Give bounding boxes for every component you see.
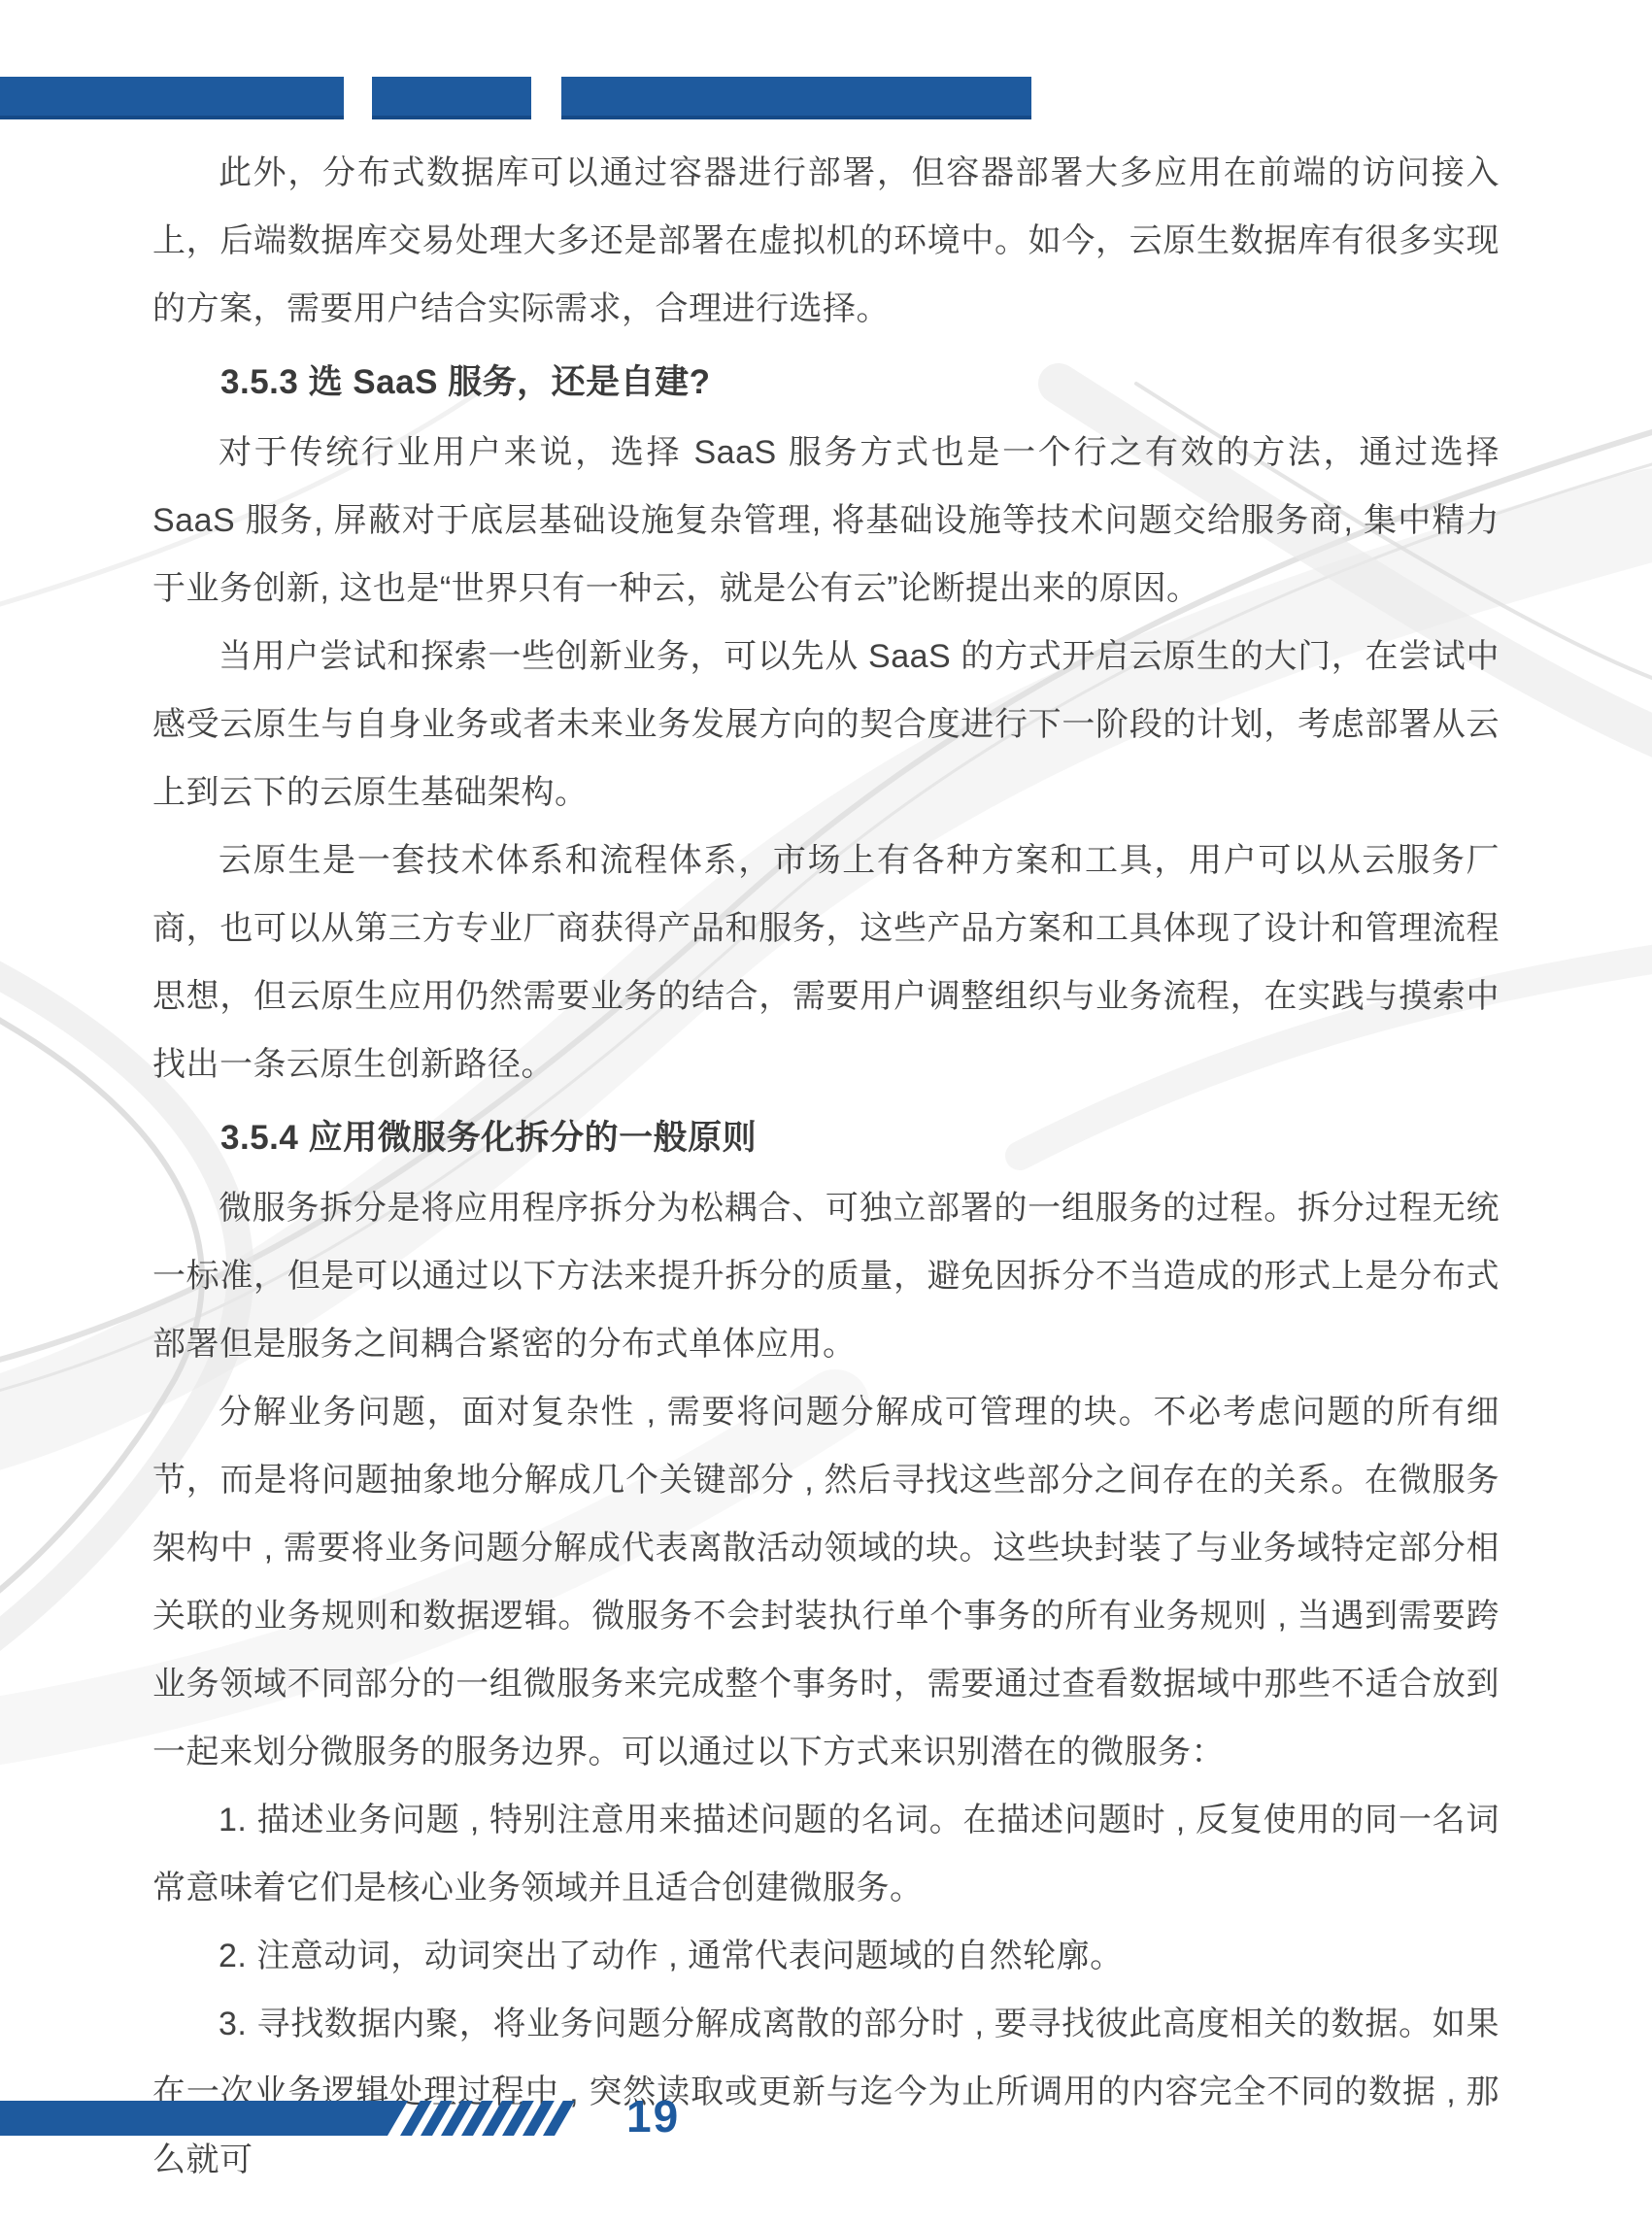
paragraph: 2. 注意动词，动词突出了动作 , 通常代表问题域的自然轮廓。: [152, 1922, 1500, 1990]
paragraph: 此外，分布式数据库可以通过容器进行部署，但容器部署大多应用在前端的访问接入上，后…: [152, 139, 1500, 343]
page-number: 19: [626, 2094, 680, 2139]
paragraph: 对于传统行业用户来说，选择 SaaS 服务方式也是一个行之有效的方法，通过选择 …: [152, 419, 1500, 623]
header-bar-decoration: [0, 77, 344, 119]
document-page: 此外，分布式数据库可以通过容器进行部署，但容器部署大多应用在前端的访问接入上，后…: [0, 0, 1652, 2226]
paragraph: 1. 描述业务问题 , 特别注意用来描述问题的名词。在描述问题时 , 反复使用的…: [152, 1786, 1500, 1922]
page-body: 此外，分布式数据库可以通过容器进行部署，但容器部署大多应用在前端的访问接入上，后…: [152, 139, 1500, 2194]
header-bar-decoration: [561, 77, 1031, 119]
paragraph: 3. 寻找数据内聚，将业务问题分解成离散的部分时 , 要寻找彼此高度相关的数据。…: [152, 1990, 1500, 2194]
section-heading: 3.5.3 选 SaaS 服务，还是自建?: [152, 349, 1500, 417]
paragraph: 当用户尝试和探索一些创新业务，可以先从 SaaS 的方式开启云原生的大门，在尝试…: [152, 623, 1500, 826]
paragraph: 分解业务问题，面对复杂性 , 需要将问题分解成可管理的块。不必考虑问题的所有细节…: [152, 1378, 1500, 1786]
paragraph: 微服务拆分是将应用程序拆分为松耦合、可独立部署的一组服务的过程。拆分过程无统一标…: [152, 1174, 1500, 1378]
footer-stripes-decoration: [400, 2101, 563, 2136]
paragraph: 云原生是一套技术体系和流程体系，市场上有各种方案和工具，用户可以从云服务厂商，也…: [152, 826, 1500, 1098]
header-bar-decoration: [372, 77, 531, 119]
footer-band-decoration: [0, 2101, 408, 2136]
section-heading: 3.5.4 应用微服务化拆分的一般原则: [152, 1104, 1500, 1172]
